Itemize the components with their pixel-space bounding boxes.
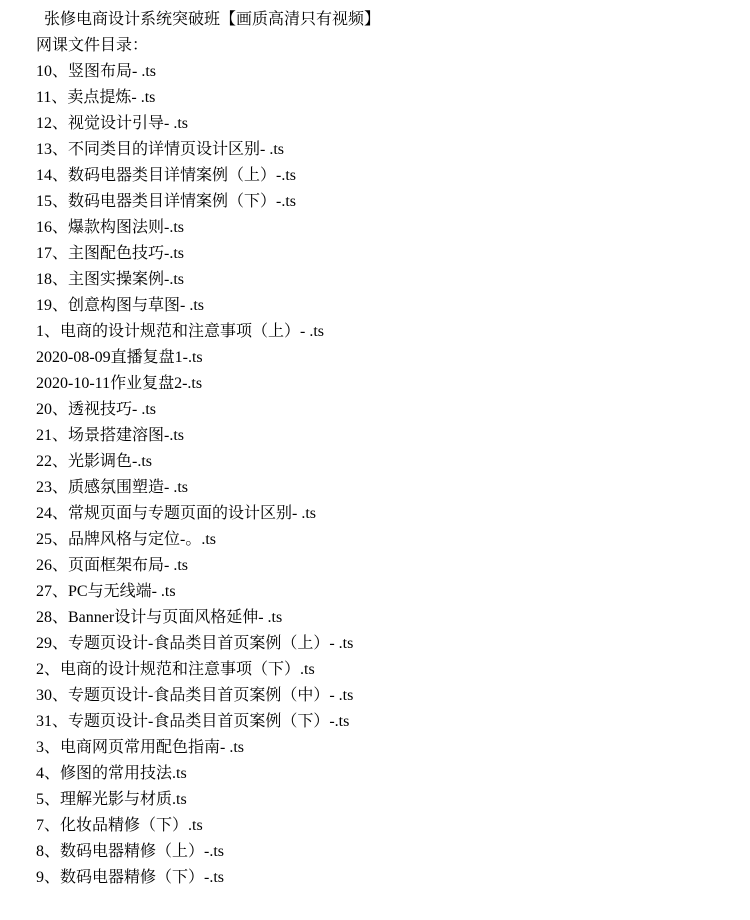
file-list-item: 3、电商网页常用配色指南- .ts xyxy=(36,735,740,761)
file-list-item: 26、页面框架布局- .ts xyxy=(36,553,740,579)
file-list-item: 20、透视技巧- .ts xyxy=(36,397,740,423)
file-list-item: 31、专题页设计-食品类目首页案例（下）-.ts xyxy=(36,709,740,735)
file-list-item: 10、竖图布局- .ts xyxy=(36,59,740,85)
file-list-item: 12、视觉设计引导- .ts xyxy=(36,111,740,137)
file-list-item: 16、爆款构图法则-.ts xyxy=(36,215,740,241)
file-list-item: 13、不同类目的详情页设计区别- .ts xyxy=(36,137,740,163)
file-list-item: 1、电商的设计规范和注意事项（上）- .ts xyxy=(36,319,740,345)
file-list-item: 15、数码电器类目详情案例（下）-.ts xyxy=(36,189,740,215)
file-list-item: 29、专题页设计-食品类目首页案例（上）- .ts xyxy=(36,631,740,657)
file-list-item: 5、理解光影与材质.ts xyxy=(36,787,740,813)
file-list-item: 30、专题页设计-食品类目首页案例（中）- .ts xyxy=(36,683,740,709)
file-list-item: 2020-08-09直播复盘1-.ts xyxy=(36,345,740,371)
file-list-item: 19、创意构图与草图- .ts xyxy=(36,293,740,319)
file-list-item: 24、常规页面与专题页面的设计区别- .ts xyxy=(36,501,740,527)
file-list-item: 17、主图配色技巧-.ts xyxy=(36,241,740,267)
file-list-item: 8、数码电器精修（上）-.ts xyxy=(36,839,740,865)
file-list-item: 21、场景搭建溶图-.ts xyxy=(36,423,740,449)
file-list-item: 28、Banner设计与页面风格延伸- .ts xyxy=(36,605,740,631)
file-list-item: 2、电商的设计规范和注意事项（下）.ts xyxy=(36,657,740,683)
file-list-item: 25、品牌风格与定位-。.ts xyxy=(36,527,740,553)
directory-heading: 网课文件目录： xyxy=(36,33,740,59)
page-title: 张修电商设计系统突破班【画质高清只有视频】 xyxy=(36,7,740,33)
file-list-item: 14、数码电器类目详情案例（上）-.ts xyxy=(36,163,740,189)
file-list-item: 11、卖点提炼- .ts xyxy=(36,85,740,111)
document-page: 张修电商设计系统突破班【画质高清只有视频】 网课文件目录： 10、竖图布局- .… xyxy=(0,0,750,920)
file-list-item: 7、化妆品精修（下）.ts xyxy=(36,813,740,839)
file-list-item: 23、质感氛围塑造- .ts xyxy=(36,475,740,501)
file-list: 10、竖图布局- .ts11、卖点提炼- .ts12、视觉设计引导- .ts13… xyxy=(36,59,740,891)
file-list-item: 2020-10-11作业复盘2-.ts xyxy=(36,371,740,397)
file-list-item: 4、修图的常用技法.ts xyxy=(36,761,740,787)
file-list-item: 27、PC与无线端- .ts xyxy=(36,579,740,605)
file-list-item: 18、主图实操案例-.ts xyxy=(36,267,740,293)
file-list-item: 22、光影调色-.ts xyxy=(36,449,740,475)
file-list-item: 9、数码电器精修（下）-.ts xyxy=(36,865,740,891)
